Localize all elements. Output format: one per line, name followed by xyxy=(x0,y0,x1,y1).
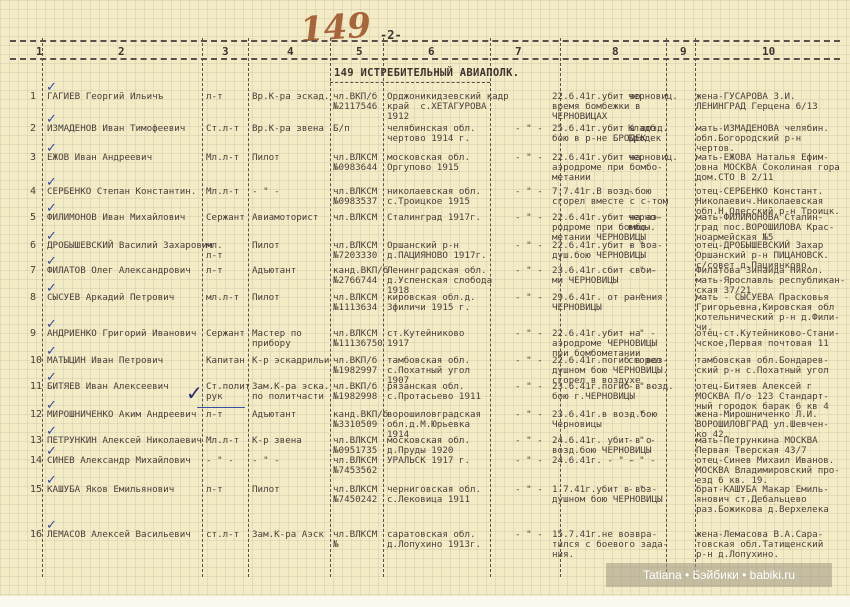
full-name: АНДРИЕНКО Григорий Иванович xyxy=(47,329,196,339)
row-number: 2 xyxy=(30,124,36,134)
watermark: Tatiana • Бэйбики • babiki.ru xyxy=(606,563,832,587)
column-7: - " - xyxy=(515,436,543,446)
position: Мастер по прибору xyxy=(252,329,302,349)
next-of-kin: мать-ЕЖОВА Наталья Ефим- овна МОСКВА Сок… xyxy=(696,153,840,183)
burial-place: - "- xyxy=(628,485,650,495)
full-name: ИЗМАДЕНОВ Иван Тимофеевич xyxy=(47,124,185,134)
full-name: СИНЕВ Александр Михайлович xyxy=(47,456,191,466)
party-membership: чл.ВЛКСМ №0951735 xyxy=(333,436,377,456)
circumstances-of-death: 7.7.41г.В возд.бою сгорел вместе с с-том xyxy=(552,187,668,207)
burial-place: - xyxy=(628,187,634,197)
burial-place: черновиц. xyxy=(628,92,678,102)
burial-place: - " - xyxy=(628,456,656,466)
column-number: 10 xyxy=(762,45,775,58)
column-number: 1 xyxy=(36,45,43,58)
burial-place: сгорел xyxy=(628,356,661,366)
next-of-kin: отец-Синев Михаил Иванов. МОСКВА Владими… xyxy=(696,456,840,486)
birthplace-year: московская обл. Оргупово 1915 xyxy=(387,153,470,173)
next-of-kin: отец-Битяев Алексей г МОСКВА П/о 123 Ста… xyxy=(696,382,829,412)
birthplace-year: Орджоникидзевский кадр край с.ХЕТАГУРОВА… xyxy=(387,92,509,122)
row-number: 5 xyxy=(30,213,36,223)
column-number: 7 xyxy=(515,45,522,58)
party-membership: чл.ВЛКСМ №11136750 xyxy=(333,329,383,349)
military-rank: Ст.л-т xyxy=(206,124,239,134)
full-name: БИТЯЕВ Иван Алексеевич xyxy=(47,382,169,392)
party-membership: чл.ВКП/б №1982997 xyxy=(333,356,377,376)
table-top-rule xyxy=(10,40,840,42)
party-membership: чл.ВКП/б №2117546 xyxy=(333,92,377,112)
full-name: КАШУБА Яков Емильянович xyxy=(47,485,174,495)
column-number: 5 xyxy=(356,45,363,58)
column-7: - " - xyxy=(515,356,543,366)
military-rank: л-т xyxy=(206,266,223,276)
position: Вр.К-ра эскад. xyxy=(252,92,329,102)
birthplace-year: рязанская обл. с.Протасьево 1911 xyxy=(387,382,481,402)
row-number: 13 xyxy=(30,436,42,446)
column-number: 9 xyxy=(680,45,687,58)
column-7: - " - xyxy=(515,456,543,466)
military-rank: Капитан xyxy=(206,356,245,366)
row-number: 8 xyxy=(30,293,36,303)
full-name: ДРОБЫШЕВСКИЙ Василий Захарович xyxy=(47,241,213,251)
header-bottom-rule xyxy=(10,58,840,60)
birthplace-year: московская обл. д.Пруды 1920 xyxy=(387,436,470,456)
row-number: 14 xyxy=(30,456,42,466)
next-of-kin: мать - СЫСУЕВА Прасковья Григорьевна,Кир… xyxy=(696,293,840,333)
column-7: - " - xyxy=(515,382,543,392)
position: Авиамоторист xyxy=(252,213,318,223)
column-7: - " - xyxy=(515,485,543,495)
military-rank: Сержант xyxy=(206,329,245,339)
next-of-kin: жена-Лемасова В.А.Сара- товская обл.Тати… xyxy=(696,530,823,560)
column-divider xyxy=(666,38,667,577)
military-rank: л-т xyxy=(206,92,223,102)
position: - " - xyxy=(252,456,280,466)
military-rank: Мл.л-т xyxy=(206,436,239,446)
birthplace-year: черниговская обл. с.Лековица 1911 xyxy=(387,485,481,505)
birthplace-year: саратовская обл. д.Лопухино 1913г. xyxy=(387,530,481,550)
party-membership: чл.ВЛКСМ №0983537 xyxy=(333,187,377,207)
burial-place: - " - xyxy=(628,410,656,420)
column-7: - " - xyxy=(515,266,543,276)
next-of-kin: мать-ИЗМАДЕНОВА челябин. обл.Богородский… xyxy=(696,124,829,154)
military-rank: Мл.л-т xyxy=(206,187,239,197)
party-membership: чл.ВЛКСМ №7453562 xyxy=(333,456,377,476)
position: Вр.К-ра звена xyxy=(252,124,324,134)
full-name: ЕЖОВ Иван Андреевич xyxy=(47,153,152,163)
full-name: ГАГИЕВ Георгий Ильичъ xyxy=(47,92,163,102)
row-number: 16 xyxy=(30,530,42,540)
burial-place: Кладб. Бродек xyxy=(628,124,661,144)
next-of-kin: жена-ГУСАРОВА З.И. ЛЕНИНГРАД Герцена 6/1… xyxy=(696,92,818,112)
position: - " - xyxy=(252,187,280,197)
military-rank: Мл.л-т xyxy=(206,153,239,163)
row-number: 4 xyxy=(30,187,36,197)
column-number: 2 xyxy=(118,45,125,58)
military-rank: - " - xyxy=(206,456,234,466)
column-7: - " - xyxy=(515,410,543,420)
party-membership: Б/п xyxy=(333,124,350,134)
handwritten-number: 149 xyxy=(299,6,373,51)
column-divider xyxy=(383,38,384,577)
row-number: 7 xyxy=(30,266,36,276)
position: Зам.К-ра эска. по политчасти xyxy=(252,382,329,402)
pen-underline xyxy=(197,407,245,408)
column-7: - " - xyxy=(515,124,543,134)
birthplace-year: Сталинград 1917г. xyxy=(387,213,481,223)
burial-place: черно- вицы. xyxy=(628,213,661,233)
burial-place: - " - xyxy=(628,241,656,251)
row-number: 12 xyxy=(30,410,42,420)
row-number: 11 xyxy=(30,382,42,392)
birthplace-year: Оршанский р-н д.ПАЦИЯНОВО 1917г. xyxy=(387,241,487,261)
position: Пилот xyxy=(252,485,280,495)
page-edge xyxy=(0,596,850,607)
pen-checkmark: ✓ xyxy=(186,381,203,405)
column-7: - " - xyxy=(515,530,543,540)
full-name: МАТЫЦИН Иван Петрович xyxy=(47,356,163,366)
position: К-р звена xyxy=(252,436,302,446)
column-number: 6 xyxy=(428,45,435,58)
row-number: 9 xyxy=(30,329,36,339)
column-divider xyxy=(248,38,249,577)
full-name: МИРОШНИЧЕНКО Аким Андреевич xyxy=(47,410,196,420)
position: Адъютант xyxy=(252,410,296,420)
circumstances-of-death: 15.7.41г.не возвра- тился с боевого зада… xyxy=(552,530,668,560)
unit-title: 149 ИСТРЕБИТЕЛЬНЫЙ АВИАПОЛК. xyxy=(334,67,519,79)
military-rank: л-т xyxy=(206,485,223,495)
column-number: 3 xyxy=(222,45,229,58)
full-name: ПЕТРУНКИН Алексей Николаевич xyxy=(47,436,202,446)
party-membership: чл.ВЛКСМ №7450242 xyxy=(333,485,377,505)
position: Пилот xyxy=(252,293,280,303)
birthplace-year: николаевская обл. с.Троицкое 1915 xyxy=(387,187,481,207)
next-of-kin: тамбовская обл.Бондарев- ский р-н с.Поха… xyxy=(696,356,829,376)
row-number: 1 xyxy=(30,92,36,102)
burial-place: черновиц. xyxy=(628,153,678,163)
row-number: 3 xyxy=(30,153,36,163)
burial-place: - " - xyxy=(628,266,656,276)
military-rank: Сержант xyxy=(206,213,245,223)
military-rank: мл. л-т xyxy=(206,241,223,261)
column-7: - " - xyxy=(515,241,543,251)
birthplace-year: кировская обл.д. 3филичи 1915 г. xyxy=(387,293,476,313)
column-divider xyxy=(42,38,43,577)
next-of-kin: отец-ст.Кутейниково-Стани- чское,Первая … xyxy=(696,329,840,349)
full-name: ЛЕМАСОВ Алексей Васильевич xyxy=(47,530,191,540)
burial-place: - " - xyxy=(628,329,656,339)
position: Пилот xyxy=(252,153,280,163)
military-rank: мл.л-т xyxy=(206,293,239,303)
party-membership: канд.ВКП/б №2766744 xyxy=(333,266,388,286)
party-membership: чл.ВЛКСМ №0983644 xyxy=(333,153,377,173)
column-7: - " - xyxy=(515,187,543,197)
burial-place: - " - xyxy=(628,436,656,446)
full-name: СЫСУЕВ Аркадий Петрович xyxy=(47,293,174,303)
birthplace-year: ст.Кутейниково 1917 xyxy=(387,329,464,349)
column-divider xyxy=(202,38,203,577)
column-number: 4 xyxy=(287,45,294,58)
column-7: - " - xyxy=(515,213,543,223)
party-membership: чл.ВЛКСМ №7203330 xyxy=(333,241,377,261)
birthplace-year: УРАЛЬСК 1917 г. xyxy=(387,456,470,466)
column-7: - " - xyxy=(515,329,543,339)
column-divider xyxy=(330,38,331,577)
full-name: СЕРБЕНКО Степан Константин. xyxy=(47,187,196,197)
full-name: ФИЛИМОНОВ Иван Михайлович xyxy=(47,213,185,223)
burial-place: - xyxy=(628,530,634,540)
party-membership: чл.ВЛКСМ №1113634 xyxy=(333,293,377,313)
column-7: - " - xyxy=(515,293,543,303)
position: Зам.К-ра Аэск xyxy=(252,530,324,540)
position: Адъютант xyxy=(252,266,296,276)
position: Пилот xyxy=(252,241,280,251)
circumstances-of-death: 24.6.41г. - " - xyxy=(552,456,635,466)
military-rank: Ст.полит рук xyxy=(206,382,250,402)
party-membership: канд.ВКП/б №3310509 xyxy=(333,410,388,430)
burial-place: - " - xyxy=(628,382,656,392)
birthplace-year: челябинская обл. чертово 1914 г. xyxy=(387,124,476,144)
column-7: - " - xyxy=(515,153,543,163)
row-number: 15 xyxy=(30,485,42,495)
next-of-kin: брат-КАШУБА Макар Емиль- янович ст.Дебал… xyxy=(696,485,829,515)
party-membership: чл.ВЛКСМ № xyxy=(333,530,377,550)
column-number: 8 xyxy=(612,45,619,58)
unit-title-underline xyxy=(330,82,490,83)
next-of-kin: мать-ФИЛИМОНОВА Сталин- град пос.ВОРОШИЛ… xyxy=(696,213,834,243)
military-rank: ст.л-т xyxy=(206,530,239,540)
military-rank: л-т xyxy=(206,410,223,420)
row-number: 10 xyxy=(30,356,42,366)
position: К-р эскадрильи xyxy=(252,356,329,366)
burial-place: - " - xyxy=(628,293,656,303)
next-of-kin: мать-Петрункина МОСКВА Первая Тверская 4… xyxy=(696,436,818,456)
row-number: 6 xyxy=(30,241,36,251)
full-name: ФИЛАТОВ Олег Александрович xyxy=(47,266,191,276)
party-membership: чл.ВЛКСМ xyxy=(333,213,377,223)
party-membership: чл.ВКП/б №1982998 xyxy=(333,382,377,402)
